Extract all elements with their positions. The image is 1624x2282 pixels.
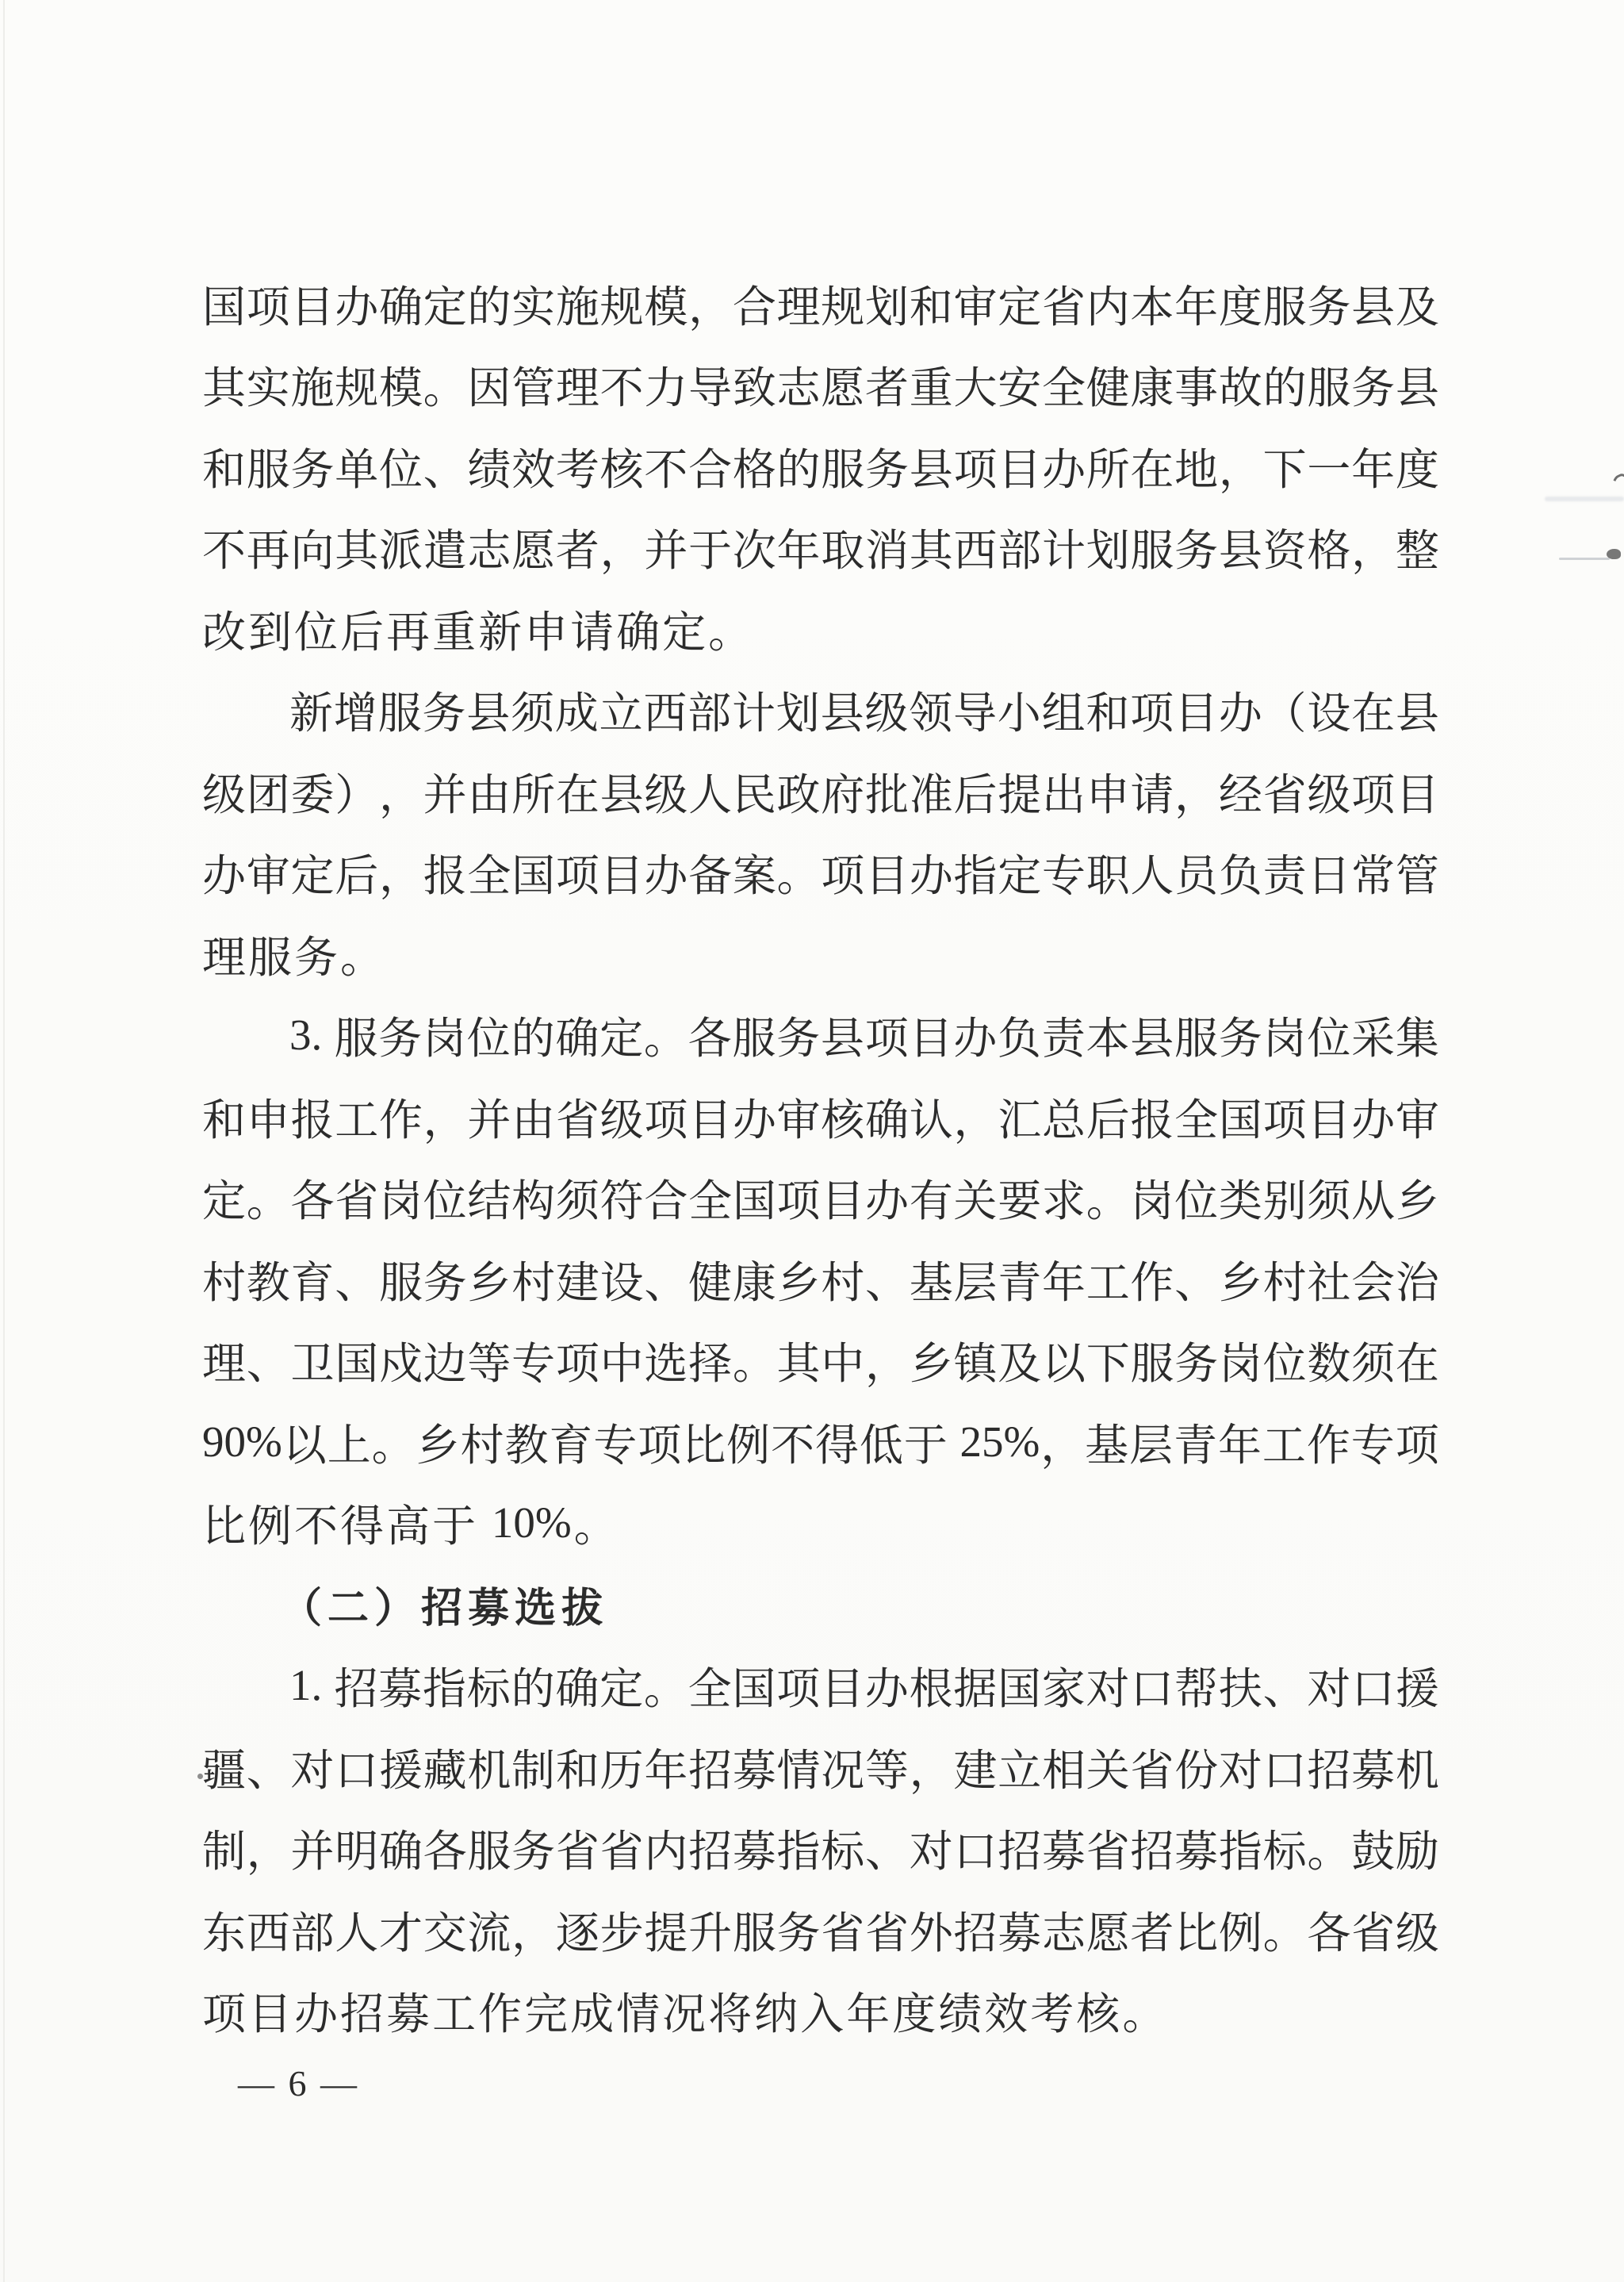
scan-streak bbox=[1545, 497, 1624, 501]
text-line: 理、卫国戍边等专项中选择。其中，乡镇及以下服务岗位数须在 bbox=[202, 1320, 1439, 1402]
text-line: 改到位后再重新申请确定。 bbox=[202, 588, 1439, 669]
scan-speck-icon bbox=[197, 1774, 203, 1779]
text-line: 新增服务县须成立西部计划县级领导小组和项目办（设在县 bbox=[202, 669, 1439, 751]
document-body: 国项目办确定的实施规模，合理规划和审定省内本年度服务县及其实施规模。因管理不力导… bbox=[202, 263, 1439, 2051]
scan-streak bbox=[1559, 558, 1610, 560]
text-line: 东西部人才交流，逐步提升服务省省外招募志愿者比例。各省级 bbox=[202, 1889, 1439, 1970]
text-line: 制，并明确各服务省省内招募指标、对口招募省招募指标。鼓励 bbox=[202, 1808, 1439, 1889]
text-line: 其实施规模。因管理不力导致志愿者重大安全健康事故的服务县 bbox=[202, 344, 1439, 426]
text-line: 和服务单位、绩效考核不合格的服务县项目办所在地，下一年度 bbox=[202, 425, 1439, 507]
text-line: 理服务。 bbox=[202, 913, 1439, 995]
page-number: — 6 — bbox=[238, 2064, 359, 2104]
text-line: 比例不得高于 10%。 bbox=[202, 1482, 1439, 1564]
text-line: 村教育、服务乡村建设、健康乡村、基层青年工作、乡村社会治 bbox=[202, 1238, 1439, 1320]
text-line: 级团委），并由所在县级人民政府批准后提出申请，经省级项目 bbox=[202, 750, 1439, 832]
text-line: 疆、对口援藏机制和历年招募情况等，建立相关省份对口招募机 bbox=[202, 1726, 1439, 1808]
document-page: 国项目办确定的实施规模，合理规划和审定省内本年度服务县及其实施规模。因管理不力导… bbox=[0, 0, 1624, 2282]
text-line: 项目办招募工作完成情况将纳入年度绩效考核。 bbox=[202, 1970, 1439, 2052]
text-line: 国项目办确定的实施规模，合理规划和审定省内本年度服务县及 bbox=[202, 263, 1439, 344]
text-line: 和申报工作，并由省级项目办审核确认，汇总后报全国项目办审 bbox=[202, 1076, 1439, 1157]
text-line: 办审定后，报全国项目办备案。项目办指定专职人员负责日常管 bbox=[202, 832, 1439, 914]
text-line: （二）招募选拔 bbox=[202, 1563, 1439, 1645]
scan-edge-line bbox=[3, 0, 5, 2282]
text-line: 定。各省岗位结构须符合全国项目办有关要求。岗位类别须从乡 bbox=[202, 1157, 1439, 1239]
text-line: 1. 招募指标的确定。全国项目办根据国家对口帮扶、对口援 bbox=[202, 1645, 1439, 1727]
text-line: 3. 服务岗位的确定。各服务县项目办负责本县服务岗位采集 bbox=[202, 995, 1439, 1076]
text-line: 不再向其派遣志愿者，并于次年取消其西部计划服务县资格，整 bbox=[202, 507, 1439, 589]
text-line: 90%以上。乡村教育专项比例不得低于 25%，基层青年工作专项 bbox=[202, 1401, 1439, 1482]
scan-speck-icon bbox=[1610, 472, 1624, 498]
